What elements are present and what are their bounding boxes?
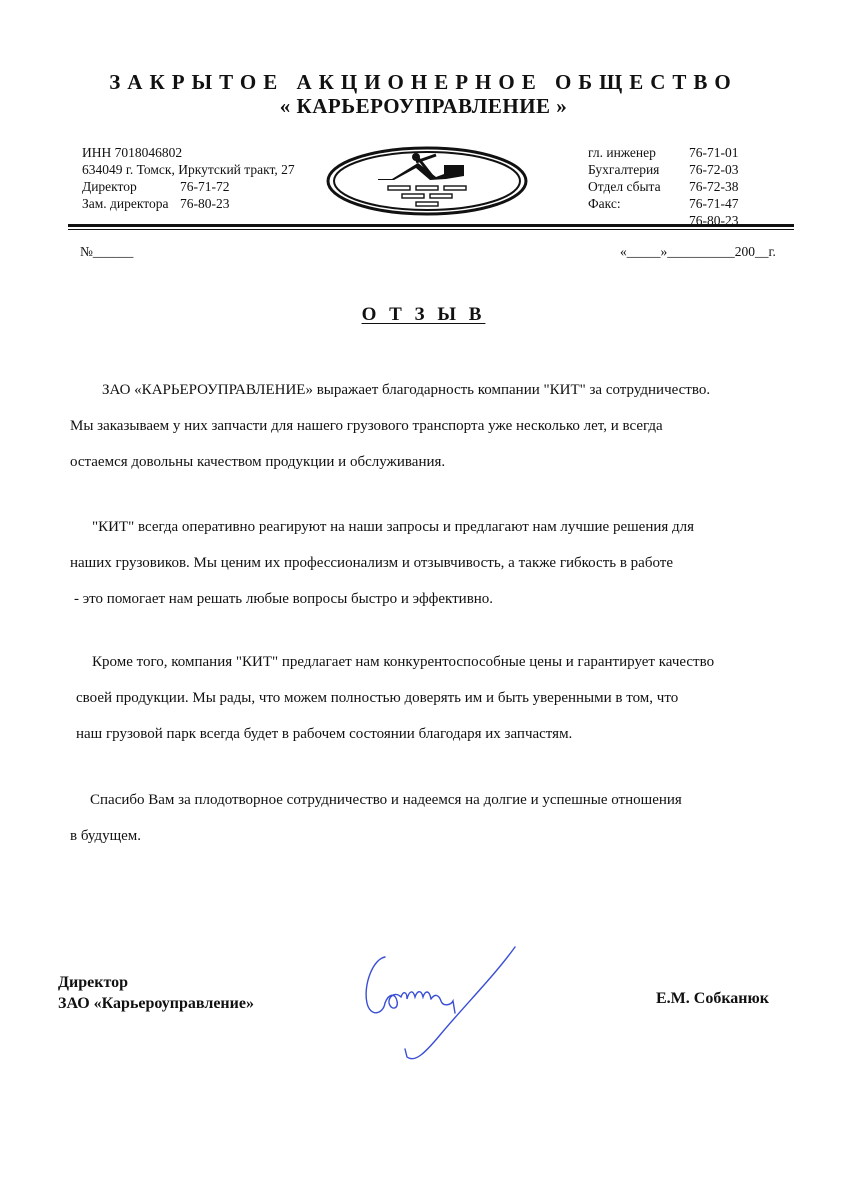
- paragraph-4: Спасибо Вам за плодотворное сотрудничест…: [70, 782, 810, 854]
- contact-label: гл. инженер: [588, 144, 689, 161]
- deputy-phone-row: Зам. директора76-80-23: [82, 195, 295, 212]
- signatory-company: ЗАО «Карьероуправление»: [58, 993, 254, 1014]
- paragraph-3: Кроме того, компания "КИТ" предлагает на…: [70, 644, 810, 752]
- director-phone-row: Директор76-71-72: [82, 178, 295, 195]
- paragraph-line: Спасибо Вам за плодотворное сотрудничест…: [70, 782, 810, 818]
- contact-row: Отдел сбыта76-72-38: [588, 178, 739, 195]
- paragraph-line: Мы заказываем у них запчасти для нашего …: [70, 408, 810, 444]
- paragraph-line: ЗАО «КАРЬЕРОУПРАВЛЕНИЕ» выражает благода…: [70, 372, 810, 408]
- letterhead-left-info: ИНН 7018046802 634049 г. Томск, Иркутски…: [82, 144, 295, 212]
- header-divider: [68, 224, 794, 227]
- signatory-name: Е.М. Собканюк: [656, 990, 769, 1008]
- document-number-field: №______: [80, 244, 133, 260]
- inn-label: ИНН 7018046802: [82, 144, 182, 161]
- contact-row: гл. инженер76-71-01: [588, 144, 739, 161]
- org-name-heading: « КАРЬЕРОУПРАВЛЕНИЕ »: [0, 94, 847, 119]
- document-date-field: «_____»__________200__г.: [620, 244, 776, 260]
- paragraph-line: в будущем.: [70, 818, 810, 854]
- handwritten-signature-icon: [355, 945, 525, 1065]
- paragraph-line: - это помогает нам решать любые вопросы …: [70, 581, 810, 617]
- contact-phone: 76-71-01: [689, 144, 739, 161]
- director-label: Директор: [82, 178, 180, 195]
- contact-row: Факс:76-71-47: [588, 195, 739, 212]
- signatory-position: Директор: [58, 972, 254, 993]
- header-divider-thin: [68, 229, 794, 230]
- director-phone: 76-71-72: [180, 178, 230, 195]
- signatory-block: Директор ЗАО «Карьероуправление»: [58, 972, 254, 1014]
- letterhead-right-info: гл. инженер76-71-01 Бухгалтерия76-72-03 …: [588, 144, 739, 229]
- inn-row: ИНН 7018046802: [82, 144, 295, 161]
- deputy-phone: 76-80-23: [180, 195, 230, 212]
- contact-phone: 76-72-03: [689, 161, 739, 178]
- paragraph-2: "КИТ" всегда оперативно реагируют на наш…: [70, 509, 810, 617]
- address-row: 634049 г. Томск, Иркутский тракт, 27: [82, 161, 295, 178]
- contact-phone: 76-72-38: [689, 178, 739, 195]
- paragraph-1: ЗАО «КАРЬЕРОУПРАВЛЕНИЕ» выражает благода…: [70, 372, 810, 480]
- document-title-text: О Т З Ы В: [362, 304, 486, 325]
- paragraph-line: своей продукции. Мы рады, что можем полн…: [70, 680, 810, 716]
- paragraph-line: "КИТ" всегда оперативно реагируют на наш…: [70, 509, 810, 545]
- org-type-heading: ЗАКРЫТОЕ АКЦИОНЕРНОЕ ОБЩЕСТВО: [0, 70, 847, 95]
- contact-phone: 76-71-47: [689, 195, 739, 212]
- excavator-logo-icon: [326, 146, 528, 216]
- paragraph-line: остаемся довольны качеством продукции и …: [70, 444, 810, 480]
- paragraph-line: наших грузовиков. Мы ценим их профессион…: [70, 545, 810, 581]
- contact-row: Бухгалтерия76-72-03: [588, 161, 739, 178]
- contact-label: Бухгалтерия: [588, 161, 689, 178]
- contact-label: Отдел сбыта: [588, 178, 689, 195]
- contact-label: Факс:: [588, 195, 689, 212]
- deputy-label: Зам. директора: [82, 195, 180, 212]
- paragraph-line: наш грузовой парк всегда будет в рабочем…: [70, 716, 810, 752]
- document-title: О Т З Ы В: [0, 304, 847, 326]
- paragraph-line: Кроме того, компания "КИТ" предлагает на…: [70, 644, 810, 680]
- address-label: 634049 г. Томск, Иркутский тракт, 27: [82, 161, 295, 178]
